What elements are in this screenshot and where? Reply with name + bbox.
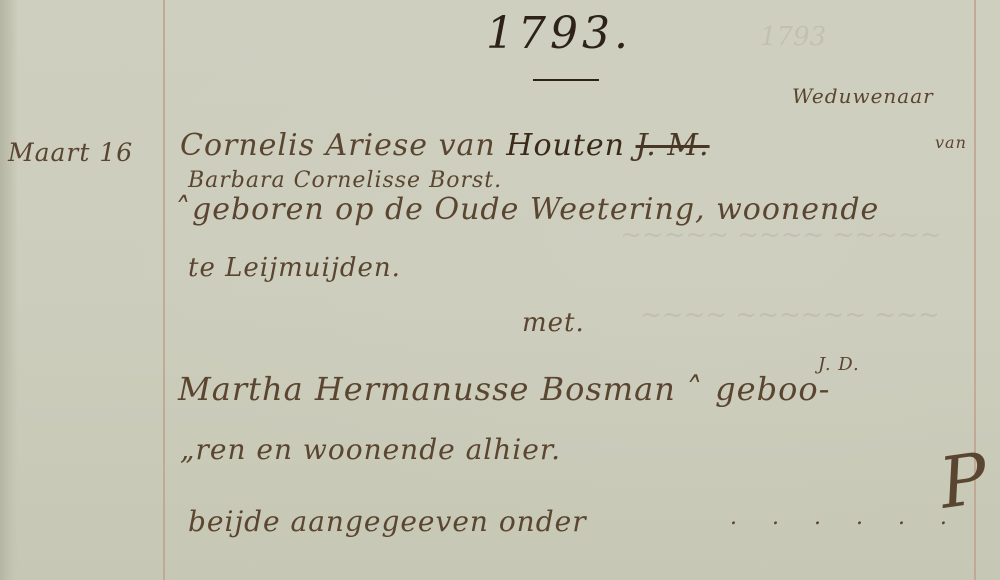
bride-line-1-end: ˄ geboo- [687, 370, 830, 408]
bleed-through-text: 1793 [760, 22, 826, 52]
register-page: 1793 ~~~~~ ~~~~ ~~~~~ ~~~~ ~~~~~~ ~~~ 17… [0, 0, 1000, 580]
groom-insertion-van: van [935, 133, 967, 152]
groom-line-3: ˄geboren op de Oude Weetering, woonende [176, 192, 879, 227]
groom-insertion-weduwenaar: Weduwenaar [792, 84, 934, 108]
groom-surname: Houten [506, 128, 625, 163]
closing-line: beijde aangegeeven onder [188, 505, 587, 538]
groom-name: Cornelis Ariese van [180, 128, 506, 163]
signature-flourish: P [935, 437, 993, 525]
closing-dots: . . . . . . [730, 505, 961, 530]
connector-met: met. [522, 308, 585, 338]
entry-date: Maart 16 [8, 138, 133, 167]
groom-line-1: Cornelis Ariese van Houten J. M. [180, 128, 710, 163]
bride-line-1: Martha Hermanusse Bosman ˄ geboo- [178, 370, 830, 408]
year-heading: 1793. [486, 8, 632, 59]
margin-rule-left [163, 0, 165, 580]
bleed-through-text: ~~~~ ~~~~~~ ~~~ [640, 300, 940, 330]
struck-text: J. M. [636, 128, 710, 163]
binding-edge [0, 0, 18, 580]
groom-line-4: te Leijmuijden. [188, 253, 401, 283]
groom-line-2: Barbara Cornelisse Borst. [188, 168, 502, 193]
bride-line-2: „ren en woonende alhier. [180, 433, 561, 466]
year-underline [533, 79, 599, 81]
bride-name: Martha Hermanusse Bosman [178, 370, 676, 408]
